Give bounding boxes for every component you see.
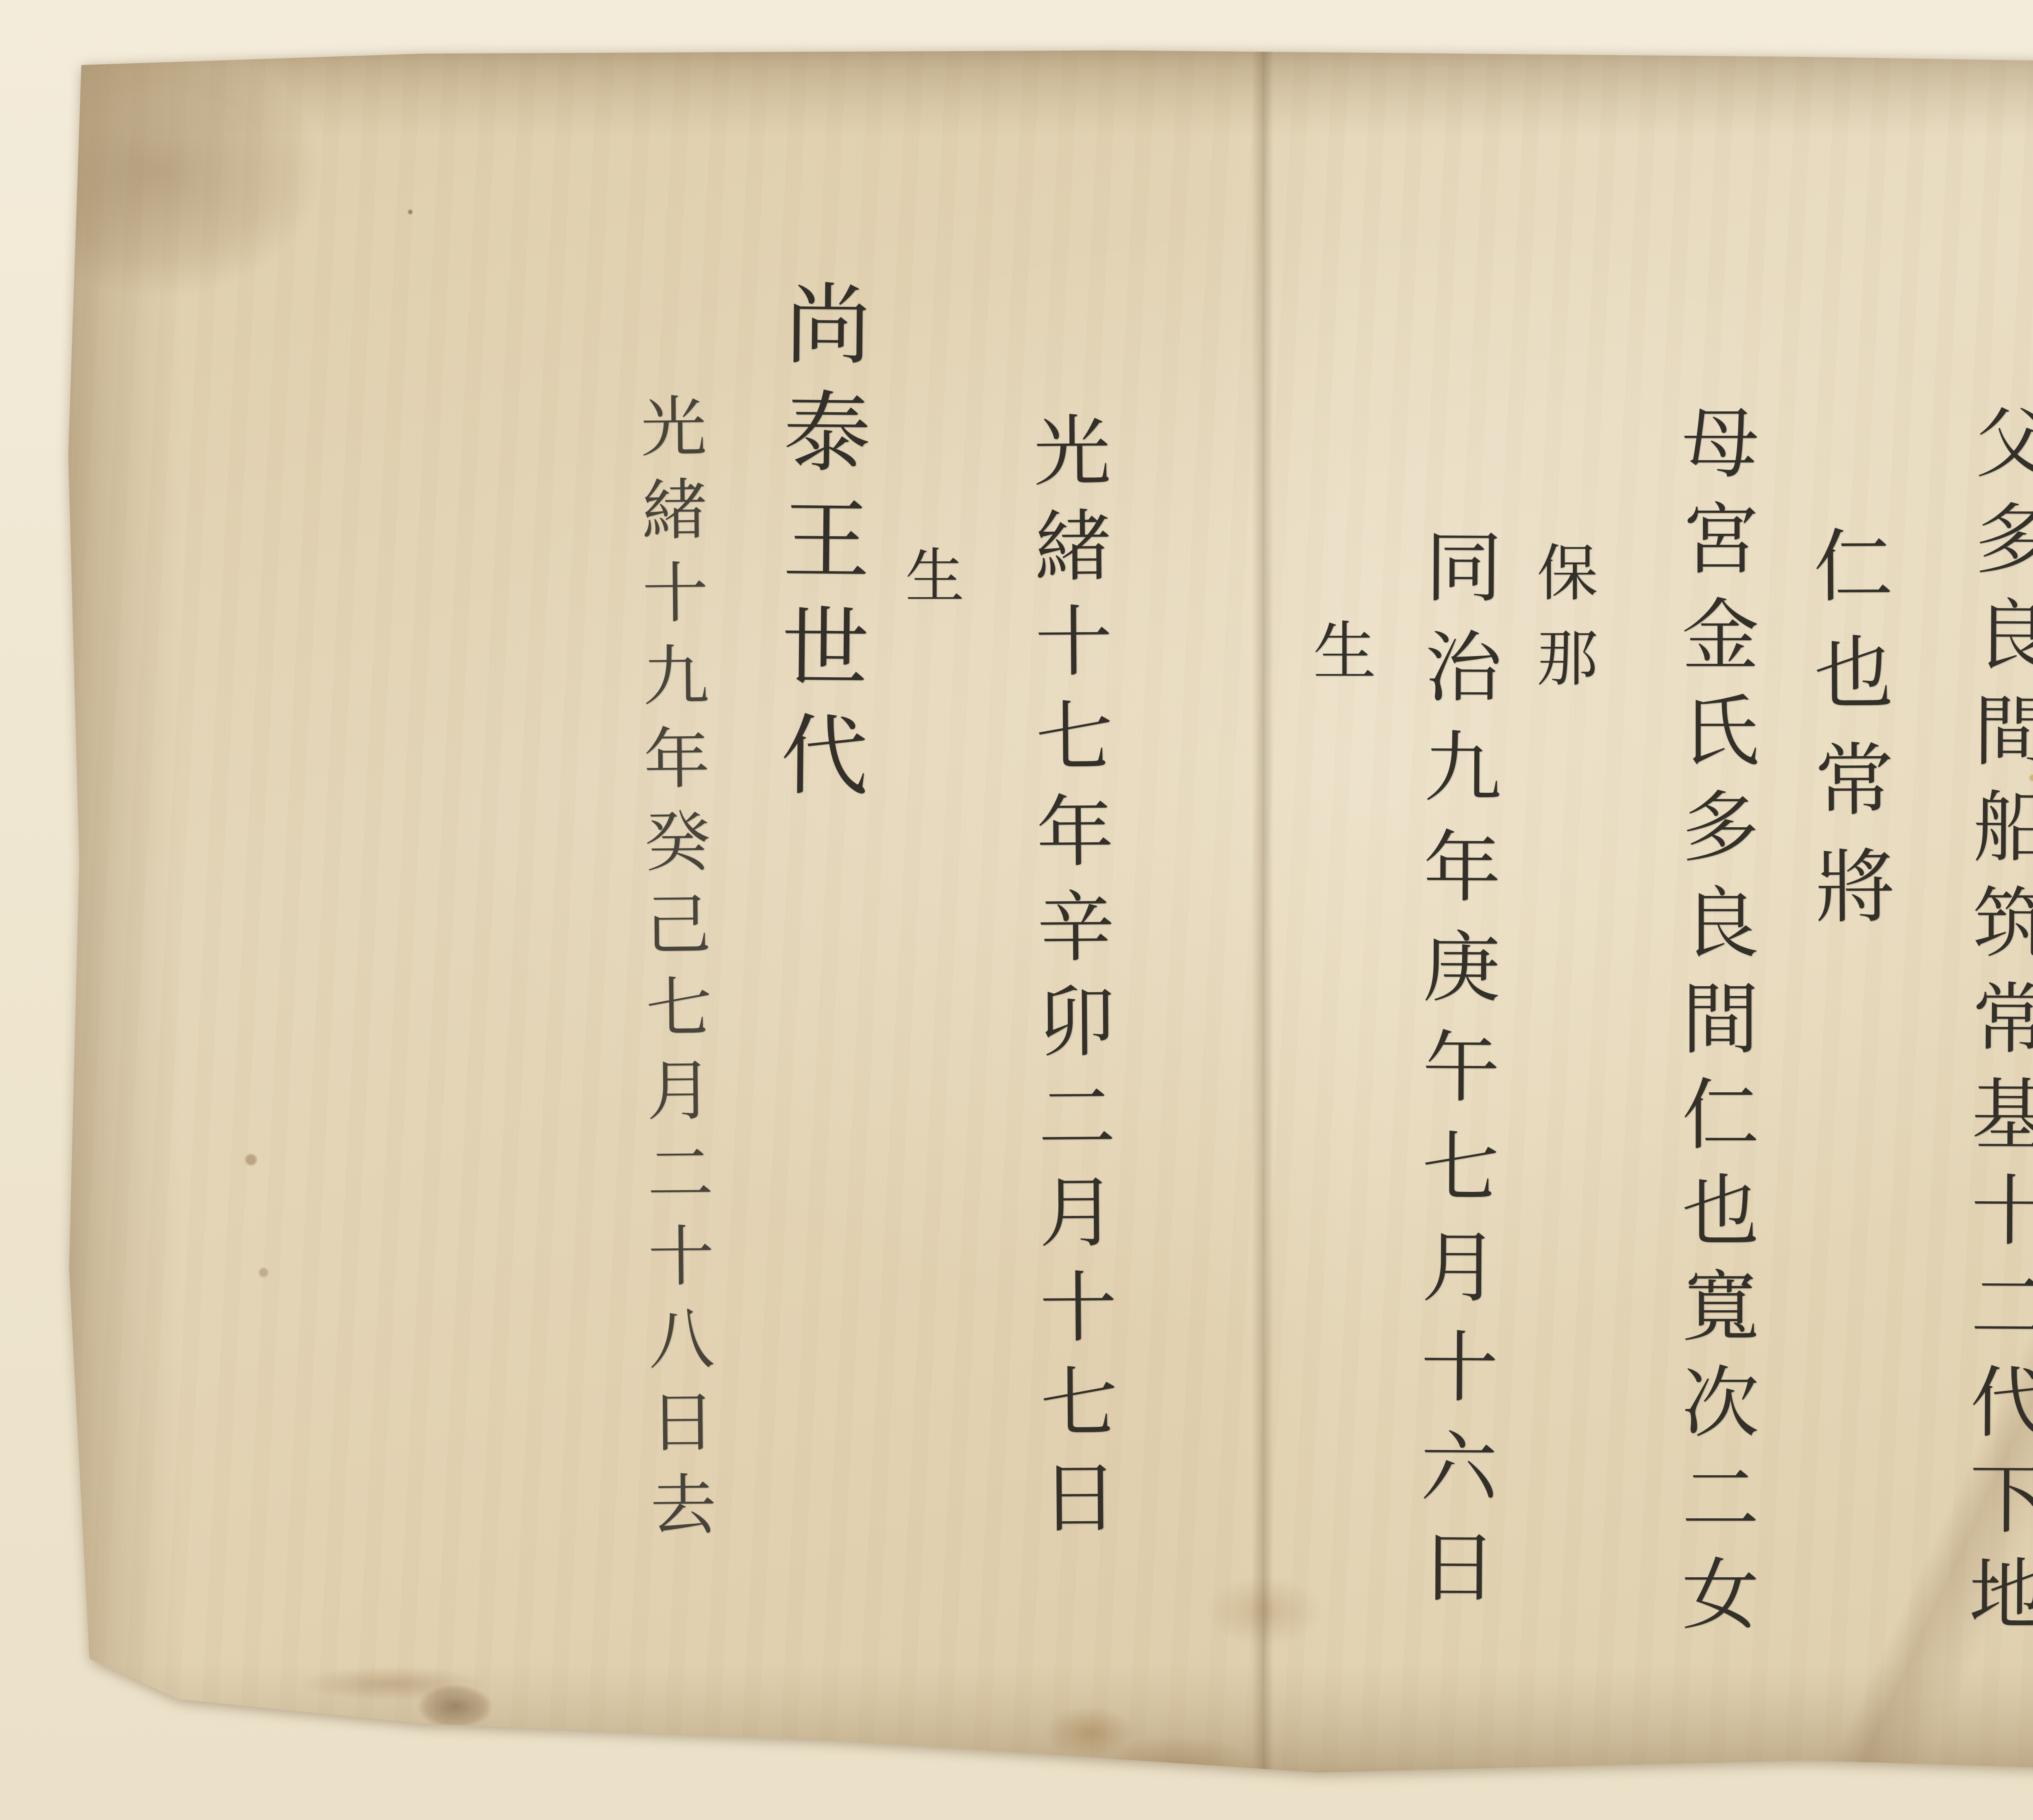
column-father-given-name: 仁也常將 bbox=[1807, 524, 1888, 952]
birth-marker-right: 生 bbox=[1308, 618, 1371, 681]
column-birth-date: 同治九年庚午七月十六日 bbox=[1413, 526, 1496, 1627]
center-fold-crease bbox=[1252, 49, 1273, 1785]
column-second-date: 光緒十七年辛卯二月十七日 bbox=[1027, 410, 1112, 1552]
paper-surface: 常 童名 蒲戶 父多良間船筑常基十二代下地 仁也常將 母宮金氏多良間仁也寬次二女… bbox=[57, 49, 2033, 1785]
column-death-date: 光緒十九年癸己七月二十八日去 bbox=[635, 392, 711, 1553]
column-royal-reign: 尚泰王世代 bbox=[773, 278, 865, 818]
column-father-lineage: 父多良間船筑常基十二代下地 bbox=[1962, 402, 2033, 1650]
column-guardian-name: 保那 bbox=[1531, 541, 1592, 711]
manuscript-sheet: 常 童名 蒲戶 父多良間船筑常基十二代下地 仁也常將 母宮金氏多良間仁也寬次二女… bbox=[57, 49, 2033, 1785]
birth-marker-left: 生 bbox=[900, 545, 959, 604]
column-mother-lineage: 母宮金氏多良間仁也寬次二女 bbox=[1675, 402, 1752, 1650]
